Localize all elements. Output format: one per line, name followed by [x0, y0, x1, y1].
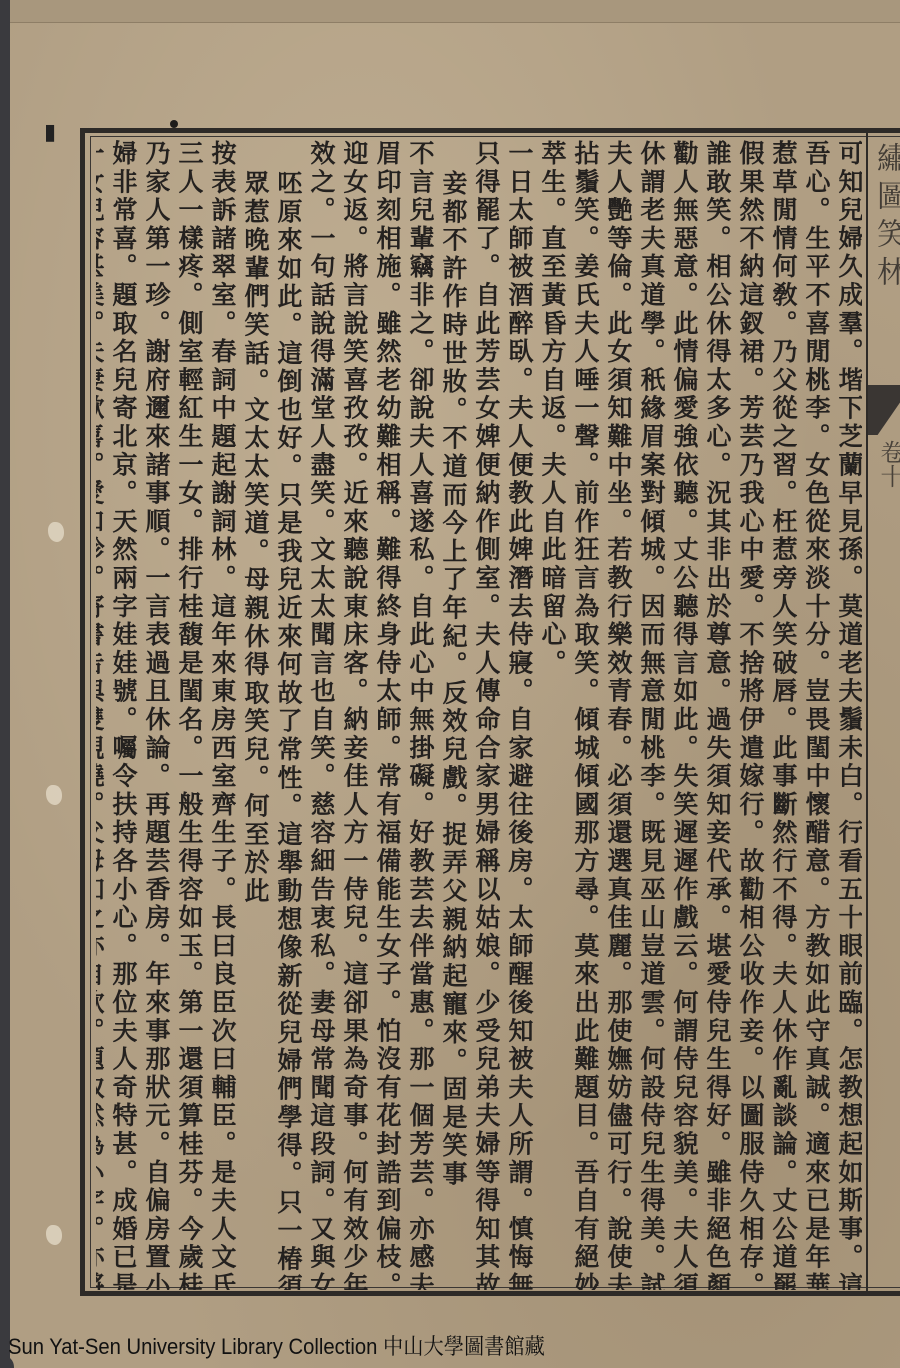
text-column: 妾都不許作時世妝。不道而今上了年紀。反效兒戲。捉弄父親納起寵來。固是笑事	[440, 140, 466, 1290]
page-top-flap	[10, 0, 900, 23]
text-column: 一日太師被酒醉臥。夫人便教此婢潛去侍寢。自家避往後房。太師醒後知被夫人所謂。慎悔…	[506, 140, 532, 1290]
text-column: 一女兒容甚美。夫妻歡喜。愛如珍。寄書告與雙親曉。父母知之亦自欣。題取然為小字。亦…	[96, 140, 103, 1290]
binding-mark: ▮	[44, 120, 56, 145]
side-volume: 卷十	[873, 440, 900, 488]
text-column: 只得罷了。自此芳芸女婢便納作側室。夫人傳命合家男婦稱以姑娘。少受兒弟夫婦等得知其…	[473, 140, 499, 1290]
text-column: 可知兒婦久成羣。堦下芝蘭早見孫。莫道老夫鬚未白。行看五十眼前臨。怎教想起如斯事。…	[836, 140, 862, 1290]
text-column: 呸原來如此。這倒也好。只是我兒近來何故了常性。這舉動想像新從兒婦們學得。只一椿須…	[275, 140, 301, 1290]
text-column: 不言兒輩竊非之。卻說夫人喜遂私。自此心中無掛礙。好教芸去伴當惠。那一個芳芸。亦感…	[407, 140, 433, 1290]
text-column: 萃生。直至黃昏方自返。夫人自此暗留心。	[539, 140, 565, 1290]
text-column: 勸人無惡意。此情偏愛強依聽。丈公聽得言如此。失笑遲遲作戲云。何謂侍兒容貌美。夫人…	[671, 140, 697, 1290]
binding-hole	[48, 522, 64, 542]
side-title: 繡圖笑林	[873, 142, 900, 294]
binding-hole	[46, 1225, 62, 1245]
ink-dot	[170, 120, 178, 128]
text-column: 假果然不納這釵裙。芳芸乃我心中愛。不捨將伊遣嫁行。故勸相公收作妾。以圖服侍久相存…	[737, 140, 763, 1290]
text-column: 效之。一句話說得滿堂人盡笑。文太太聞言也自笑。慈容細告衷私。妻母常聞這段詞。又與…	[308, 140, 334, 1290]
book-page: ▮ 繡圖笑林 卷十 可知兒婦久成羣。堦下芝蘭早見孫。莫道老夫鬚未白。行看五十眼前…	[0, 0, 900, 1368]
text-column: 眉印刻相施。雖然老幼難相稱。難得終身侍太師。常有福備能生女子。怕沒有花封誥到偏枝…	[374, 140, 400, 1290]
binding-hole	[46, 785, 62, 805]
text-column: 乃家人第一珍。謝府邇來諸事順。一言表過且休論。再題芸香房。年來事那狀元。自偏房置…	[143, 140, 169, 1290]
text-column: 休謂老夫真道學。秖緣眉案對傾城。因而無意閒桃李。既見巫山豈道雲。何設侍兒生得美。…	[638, 140, 664, 1290]
text-body: 可知兒婦久成羣。堦下芝蘭早見孫。莫道老夫鬚未白。行看五十眼前臨。怎教想起如斯事。…	[96, 140, 862, 1290]
text-column: 迎女返。將言說笑喜孜孜。近來聽說東床客。納妾佳人方一侍兒。這卻果為奇事。何有效少…	[341, 140, 367, 1290]
fore-edge-strip	[866, 133, 900, 1293]
text-column: 吾心。生平不喜閒桃李。女色從來淡十分。豈畏閨中懷醋意。方教如此守真誠。適來已是年…	[803, 140, 829, 1290]
text-column: 按表訴諸翠室。春詞中題起謝詞林。這年來東房西室齊生子。長曰良臣次曰輔臣。是夫人文…	[209, 140, 235, 1290]
text-column: 拈鬚笑。姜氏夫人唾一聲。前作狂言為取笑。傾城傾國那方尋。莫來出此難題目。吾自有絕…	[572, 140, 598, 1290]
text-column: 眾惹晚輩們笑話。文太太笑道。母親休得取笑兒。何至於此	[242, 140, 268, 1290]
text-column: 三人一樣疼。側室輕紅生一女。排行桂馥是閨名。一般生得容如玉。第一還須算桂芬。今歲…	[176, 140, 202, 1290]
binding-edge	[0, 0, 10, 1368]
library-watermark: Sun Yat-Sen University Library Collectio…	[8, 1330, 545, 1361]
text-column: 婦非常喜。題取名兒寄北京。天然兩字娃娃號。囑令扶持各小心。那位夫人奇特甚。成婚已…	[110, 140, 136, 1290]
text-column: 誰敢笑。相公休得太多心。況其非出於尊意。過失須知妾代承。堪愛侍兒生得好。雖非絕色…	[704, 140, 730, 1290]
text-column: 夫人艷等倫。此女須知難中坐。若教行樂效青春。必須還選真佳麗。那使嫵妨儘可行。說使…	[605, 140, 631, 1290]
text-column: 惹草閒情何敎。乃父從之習。枉惹旁人笑破唇。此事斷然行不得。夫人休作亂談論。丈公道…	[770, 140, 796, 1290]
